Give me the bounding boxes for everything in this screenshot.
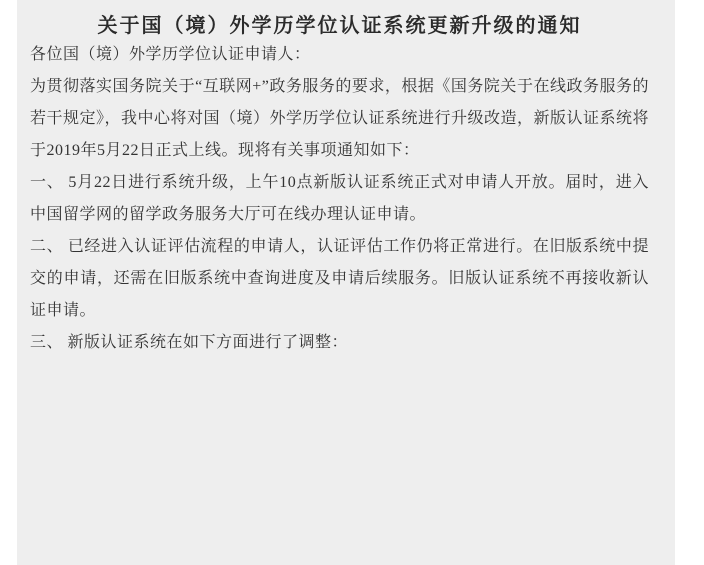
page: { "notice": { "title": "关于国（境）外学历学位认证系统更…: [0, 0, 704, 565]
notice-paragraph-intro: 为贯彻落实国务院关于“互联网+”政务服务的要求，根据《国务院关于在线政务服务的若…: [30, 71, 649, 167]
notice-title: 关于国（境）外学历学位认证系统更新升级的通知: [30, 13, 649, 39]
notice-paragraph-item-3: 三、 新版认证系统在如下方面进行了调整：: [30, 327, 649, 359]
notice-panel: 关于国（境）外学历学位认证系统更新升级的通知 各位国（境）外学历学位认证申请人：…: [17, 0, 675, 565]
notice-salutation: 各位国（境）外学历学位认证申请人：: [30, 39, 649, 71]
notice-paragraph-item-2: 二、 已经进入认证评估流程的申请人，认证评估工作仍将正常进行。在旧版系统中提交的…: [30, 231, 649, 327]
notice-paragraph-item-1: 一、 5月22日进行系统升级，上午10点新版认证系统正式对申请人开放。届时，进入…: [30, 167, 649, 231]
